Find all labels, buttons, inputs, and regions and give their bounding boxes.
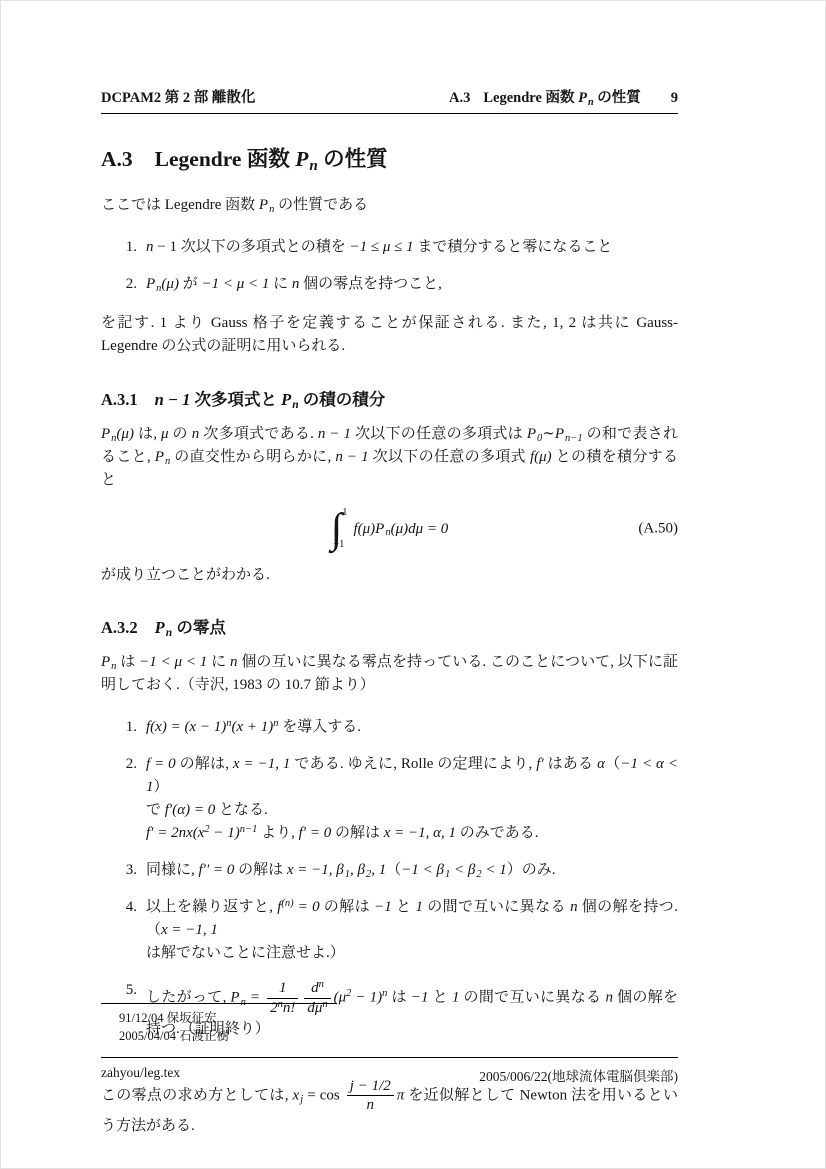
intro-paragraph: ここでは Legendre 函数 Pn の性質である xyxy=(101,194,678,217)
list-item-number: 3. xyxy=(115,859,137,882)
page-footer: zahyou/leg.tex 2005/006/22(地球流体電脳倶楽部) xyxy=(101,1057,678,1085)
paragraph: Pn は −1 < μ < 1 に n 個の互いに異なる零点を持っている. この… xyxy=(101,651,678,697)
list-item-number: 2. xyxy=(115,753,137,845)
list-item: 3. 同様に, f′′ = 0 の解は x = −1, β1, β2, 1（−1… xyxy=(101,859,678,882)
document-page: DCPAM2 第 2 部 離散化 A.3 Legendre 函数 Pn の性質 … xyxy=(0,0,826,1169)
header-left-title: DCPAM2 第 2 部 離散化 xyxy=(101,89,255,107)
page-content: DCPAM2 第 2 部 離散化 A.3 Legendre 函数 Pn の性質 … xyxy=(101,89,678,1138)
list-item: 1. n − 1 次以下の多項式との積を −1 ≤ μ ≤ 1 まで積分すると零… xyxy=(101,236,678,259)
subsection-heading-text: n − 1 次多項式と Pn の積の積分 xyxy=(155,389,386,411)
list-item-text: 同様に, f′′ = 0 の解は x = −1, β1, β2, 1（−1 < … xyxy=(146,859,678,882)
subsection-heading-a32: A.3.2 Pn の零点 xyxy=(101,617,678,639)
integral-symbol: ∫ 1 −1 xyxy=(331,506,348,552)
list-item-text: f = 0 の解は, x = −1, 1 である. ゆえに, Rolle の定理… xyxy=(146,753,678,845)
list-item-number: 2. xyxy=(115,273,137,296)
integral-upper-limit: 1 xyxy=(342,507,347,518)
section-heading-a3: A.3 Legendre 函数 Pn の性質 xyxy=(101,145,678,173)
subsection-number: A.3.1 xyxy=(101,389,138,411)
properties-list: 1. n − 1 次以下の多項式との積を −1 ≤ μ ≤ 1 まで積分すると零… xyxy=(101,236,678,296)
integral-lower-limit: −1 xyxy=(333,539,347,550)
paragraph: Pn(μ) は, μ の n 次多項式である. n − 1 次以下の任意の多項式… xyxy=(101,423,678,492)
page-number: 9 xyxy=(671,89,678,107)
list-item-number: 4. xyxy=(115,896,137,965)
footnote-rule xyxy=(101,1003,337,1004)
list-item-text: f(x) = (x − 1)n(x + 1)n を導入する. xyxy=(146,716,678,739)
list-item: 1. f(x) = (x − 1)n(x + 1)n を導入する. xyxy=(101,716,678,739)
section-number: A.3 xyxy=(101,145,133,173)
subsection-heading-a31: A.3.1 n − 1 次多項式と Pn の積の積分 xyxy=(101,389,678,411)
footnote-line: 91/12/04 保坂征宏 xyxy=(101,1010,337,1028)
footnote-line: 2005/04/04 石渡正樹 xyxy=(101,1028,337,1046)
list-item-number: 1. xyxy=(115,236,137,259)
paragraph: が成り立つことがわかる. xyxy=(101,564,678,587)
equation-number: (A.50) xyxy=(638,521,678,538)
equation-body: ∫ 1 −1 f(μ)Pn(μ)dμ = 0 xyxy=(331,506,449,552)
list-item-text: 以上を繰り返すと, f(n) = 0 の解は −1 と 1 の間で互いに異なる … xyxy=(146,896,678,965)
list-item: 4. 以上を繰り返すと, f(n) = 0 の解は −1 と 1 の間で互いに異… xyxy=(101,896,678,965)
paragraph: を記す. 1 より Gauss 格子を定義することが保証される. また, 1, … xyxy=(101,312,678,358)
subsection-number: A.3.2 xyxy=(101,617,138,639)
running-header: DCPAM2 第 2 部 離散化 A.3 Legendre 函数 Pn の性質 … xyxy=(101,89,678,114)
proof-steps-list: 1. f(x) = (x − 1)n(x + 1)n を導入する. 2. f =… xyxy=(101,716,678,1041)
list-item-number: 1. xyxy=(115,716,137,739)
section-heading-text: Legendre 函数 Pn の性質 xyxy=(155,145,388,173)
footer-credit: 2005/006/22(地球流体電脳倶楽部) xyxy=(479,1065,678,1085)
header-section-number: A.3 xyxy=(449,89,470,107)
footer-filename: zahyou/leg.tex xyxy=(101,1065,180,1085)
footnotes: 91/12/04 保坂征宏 2005/04/04 石渡正樹 xyxy=(101,1003,337,1045)
header-right: A.3 Legendre 函数 Pn の性質 9 xyxy=(449,89,678,107)
list-item-text: n − 1 次以下の多項式との積を −1 ≤ μ ≤ 1 まで積分すると零になる… xyxy=(146,236,678,259)
integral-limits: 1 −1 xyxy=(342,506,347,552)
list-item: 2. f = 0 の解は, x = −1, 1 である. ゆえに, Rolle … xyxy=(101,753,678,845)
list-item: 2. Pn(μ) が −1 < μ < 1 に n 個の零点を持つこと, xyxy=(101,273,678,296)
equation-a50: ∫ 1 −1 f(μ)Pn(μ)dμ = 0 (A.50) xyxy=(101,502,678,556)
equation-expression: f(μ)Pn(μ)dμ = 0 xyxy=(353,521,448,538)
subsection-heading-text: Pn の零点 xyxy=(155,617,226,639)
closing-paragraph: この零点の求め方としては, xj = cos j − 1/2nπ を近似解として… xyxy=(101,1077,678,1139)
list-item-text: Pn(μ) が −1 < μ < 1 に n 個の零点を持つこと, xyxy=(146,273,678,296)
header-section-title: Legendre 函数 Pn の性質 xyxy=(483,89,640,107)
